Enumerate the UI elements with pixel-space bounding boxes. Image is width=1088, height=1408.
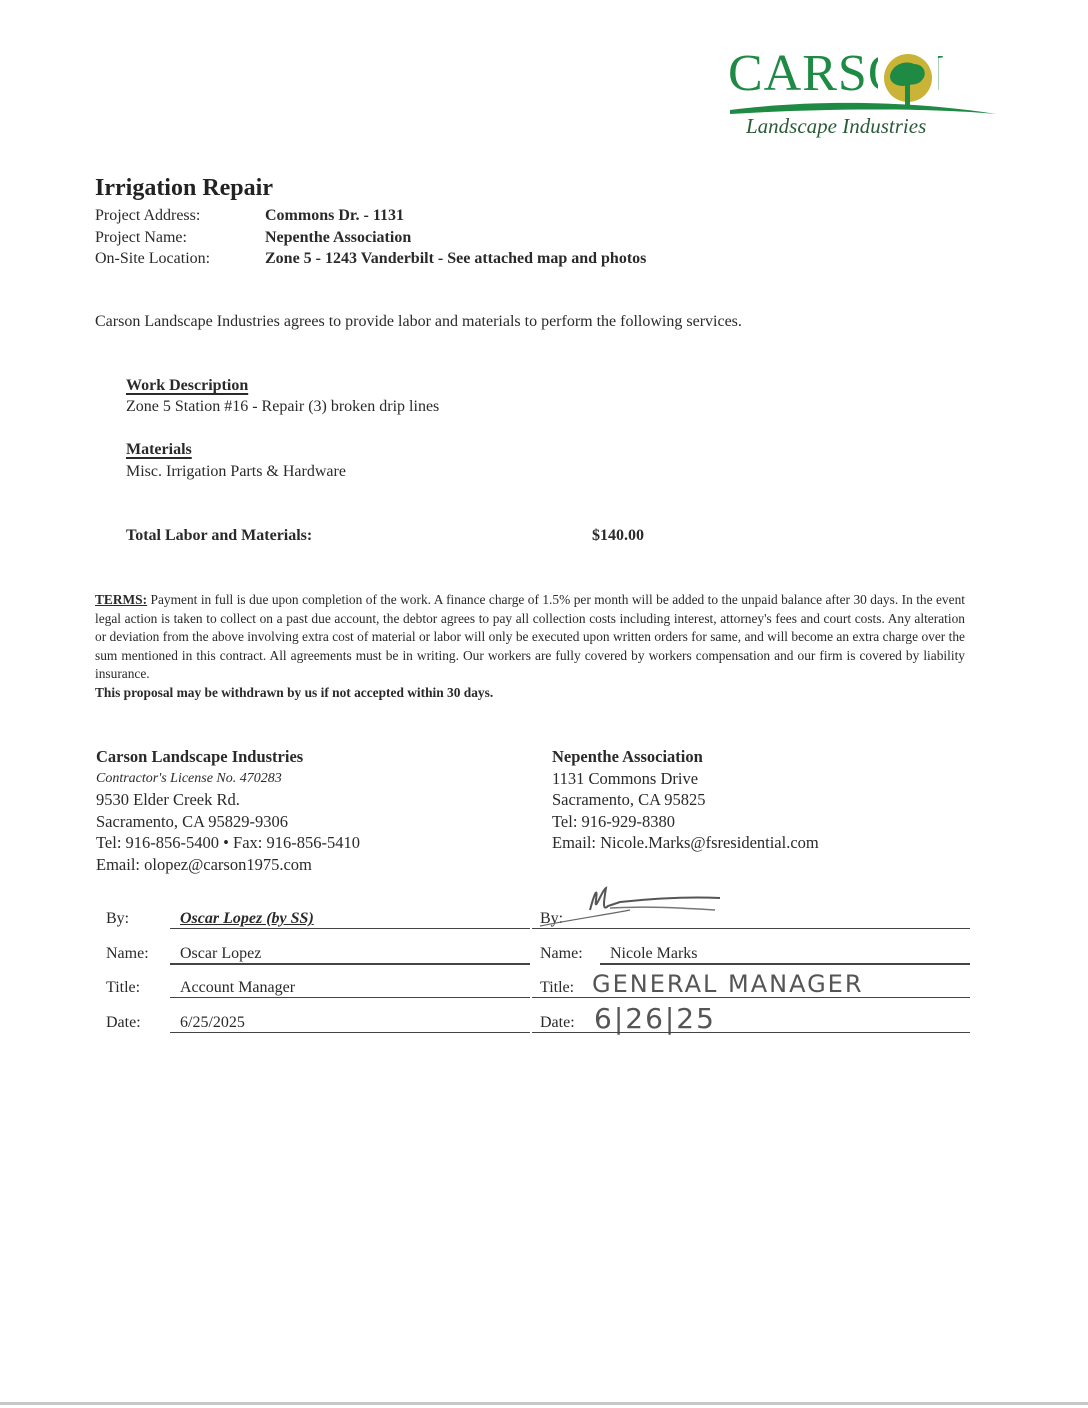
- project-name-value: Nepenthe Association: [265, 229, 411, 246]
- client-info: Nepenthe Association 1131 Commons Drive …: [552, 746, 819, 854]
- contractor-by-value: Oscar Lopez (by SS): [180, 910, 314, 928]
- onsite-location-label: On-Site Location:: [95, 248, 265, 269]
- work-description-text: Zone 5 Station #16 - Repair (3) broken d…: [126, 398, 439, 416]
- contractor-title-label: Title:: [106, 979, 140, 997]
- client-title-label: Title:: [540, 979, 574, 997]
- work-description-heading: Work Description: [126, 377, 248, 395]
- client-date-label: Date:: [540, 1014, 575, 1032]
- client-name-label: Name:: [540, 945, 583, 963]
- terms-label: TERMS:: [95, 592, 147, 607]
- contractor-name-label: Name:: [106, 945, 149, 963]
- onsite-location-value: Zone 5 - 1243 Vanderbilt - See attached …: [265, 250, 646, 267]
- project-name-row: Project Name:Nepenthe Association: [95, 227, 411, 248]
- contractor-license: Contractor's License No. 470283: [96, 768, 360, 790]
- page-bottom-edge: [0, 1402, 1088, 1405]
- contractor-name-line: [170, 963, 530, 965]
- project-address-row: Project Address:Commons Dr. - 1131: [95, 205, 404, 226]
- client-email: Email: Nicole.Marks@fsresidential.com: [552, 832, 819, 854]
- materials-heading: Materials: [126, 441, 192, 459]
- contractor-date-label: Date:: [106, 1014, 141, 1032]
- contractor-date-line: [170, 1032, 530, 1033]
- client-by-line: [532, 928, 970, 929]
- terms-block: TERMS: Payment in full is due upon compl…: [95, 591, 965, 703]
- company-logo: CARSON Landscape Industries: [728, 48, 1000, 148]
- contractor-address2: Sacramento, CA 95829-9306: [96, 811, 360, 833]
- client-name-value: Nicole Marks: [610, 945, 698, 963]
- client-phone: Tel: 916-929-8380: [552, 811, 819, 833]
- document-title: Irrigation Repair: [95, 175, 273, 202]
- client-signature-scribble: [470, 880, 730, 950]
- contractor-email: Email: olopez@carson1975.com: [96, 854, 360, 876]
- contractor-address1: 9530 Elder Creek Rd.: [96, 789, 360, 811]
- contractor-title-line: [170, 997, 530, 998]
- onsite-location-row: On-Site Location:Zone 5 - 1243 Vanderbil…: [95, 248, 646, 269]
- contractor-phone: Tel: 916-856-5400 • Fax: 916-856-5410: [96, 832, 360, 854]
- contractor-by-label: By:: [106, 910, 129, 928]
- contractor-title-value: Account Manager: [180, 979, 295, 997]
- client-name-line: [600, 963, 970, 965]
- intro-text: Carson Landscape Industries agrees to pr…: [95, 313, 742, 331]
- project-name-label: Project Name:: [95, 227, 265, 248]
- client-date-value: 6|26|25: [594, 1002, 716, 1035]
- terms-withdrawal-notice: This proposal may be withdrawn by us if …: [95, 685, 493, 700]
- contractor-name-value: Oscar Lopez: [180, 945, 261, 963]
- client-address1: 1131 Commons Drive: [552, 768, 819, 790]
- client-name: Nepenthe Association: [552, 746, 819, 768]
- client-title-value: GENERAL MANAGER: [592, 970, 864, 998]
- client-address2: Sacramento, CA 95825: [552, 789, 819, 811]
- total-label: Total Labor and Materials:: [126, 527, 312, 545]
- materials-text: Misc. Irrigation Parts & Hardware: [126, 463, 346, 481]
- terms-text: Payment in full is due upon completion o…: [95, 592, 965, 681]
- project-address-label: Project Address:: [95, 205, 265, 226]
- total-value: $140.00: [592, 527, 644, 545]
- logo-tagline: Landscape Industries: [746, 114, 926, 139]
- contractor-info: Carson Landscape Industries Contractor's…: [96, 746, 360, 875]
- client-date-line: [532, 1032, 970, 1033]
- contractor-date-value: 6/25/2025: [180, 1014, 245, 1032]
- project-address-value: Commons Dr. - 1131: [265, 207, 404, 224]
- client-title-line: [532, 997, 970, 998]
- contractor-name: Carson Landscape Industries: [96, 746, 360, 768]
